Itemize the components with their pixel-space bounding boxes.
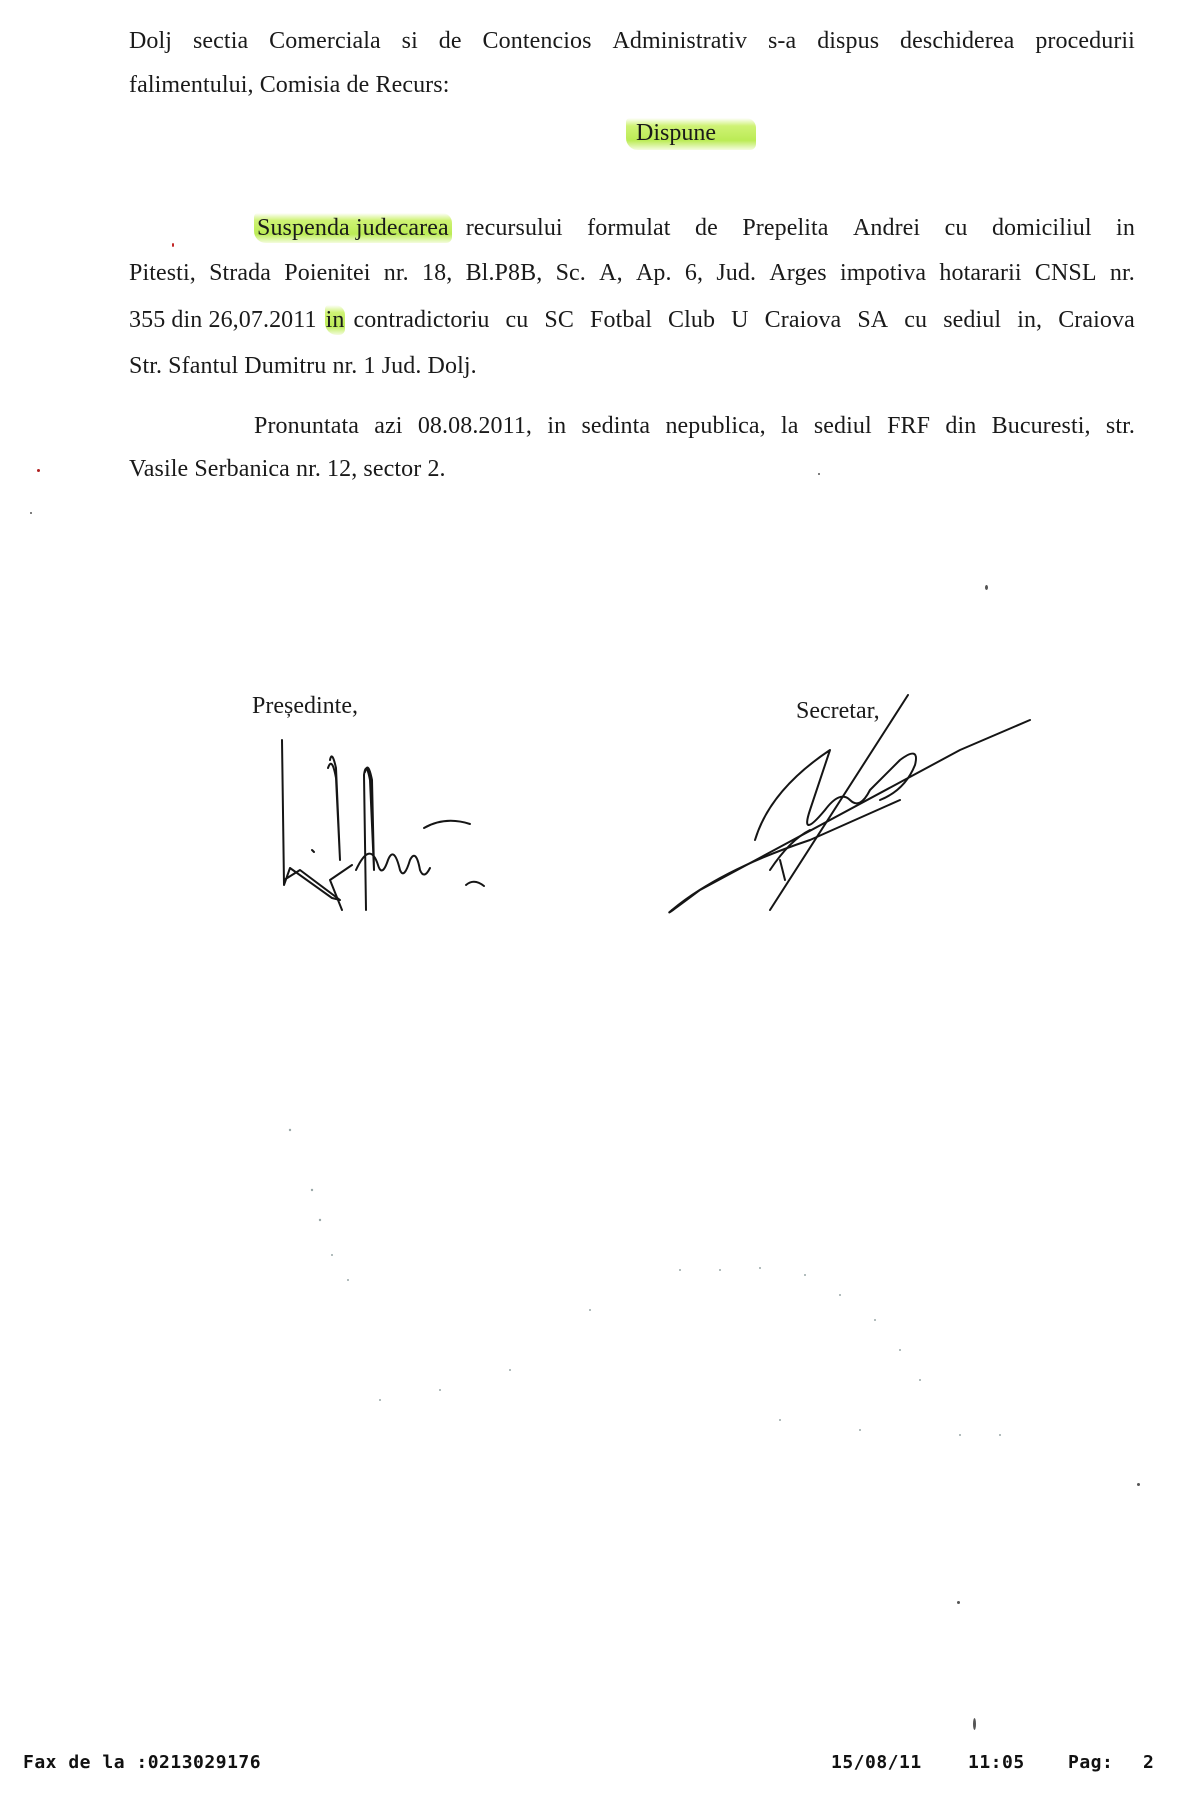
word: U	[731, 305, 748, 335]
word: 08.08.2011,	[418, 411, 532, 441]
secretary-signature-icon	[660, 690, 1040, 920]
word: impotiva	[840, 258, 926, 288]
word: deschiderea	[900, 26, 1014, 56]
word: Craiova	[765, 305, 842, 335]
highlight-suspenda: Suspenda judecarea	[254, 213, 452, 243]
scan-speck	[957, 1601, 960, 1604]
intro-line-1: DoljsectiaComercialasideContenciosAdmini…	[129, 26, 1135, 56]
word: Prepelita	[742, 213, 828, 243]
word: azi	[374, 411, 402, 441]
ruling-line-3: 355 din 26,07.2011 in contradictoriucuSC…	[129, 305, 1135, 335]
word: sediul	[943, 305, 1001, 335]
word: dispus	[817, 26, 879, 56]
word: cu	[945, 213, 968, 243]
ruling-line-4: Str. Sfantul Dumitru nr. 1 Jud. Dolj.	[129, 351, 477, 381]
word: Administrativ	[612, 26, 747, 56]
word: Bl.P8B,	[466, 258, 543, 288]
president-signature-icon	[270, 720, 540, 930]
word: cu	[506, 305, 529, 335]
ruling-line-2: Pitesti,StradaPoieniteinr.18,Bl.P8B,Sc.A…	[129, 258, 1135, 288]
word: domiciliul	[992, 213, 1092, 243]
highlight-dispune: Dispune	[626, 118, 756, 150]
word: la	[781, 411, 799, 441]
word: recursului	[466, 213, 563, 243]
word: str.	[1106, 411, 1135, 441]
word: nr.	[1110, 258, 1135, 288]
word: in	[547, 411, 566, 441]
ruling-line-1: Suspenda judecarea recursuluiformulatdeP…	[254, 213, 1135, 243]
word: cu	[904, 305, 927, 335]
pronounced-line-1: Pronuntataazi08.08.2011,insedintanepubli…	[254, 411, 1135, 441]
word: Andrei	[853, 213, 920, 243]
word: SA	[857, 305, 888, 335]
word: Club	[668, 305, 715, 335]
word: contradictoriu	[353, 305, 489, 335]
word: sectia	[193, 26, 248, 56]
intro-line-2: falimentului, Comisia de Recurs:	[129, 70, 449, 100]
word: Bucuresti,	[992, 411, 1091, 441]
section-heading-dispune: Dispune	[636, 118, 756, 148]
scan-noise-dots	[260, 1080, 1060, 1480]
word: Poienitei	[284, 258, 370, 288]
scan-speck	[818, 473, 820, 475]
pronounced-line-2: Vasile Serbanica nr. 12, sector 2.	[129, 454, 446, 484]
fax-page-label: Pag:	[1068, 1752, 1113, 1773]
word: din	[945, 411, 976, 441]
word: in,	[1017, 305, 1042, 335]
fax-sender-line: Fax de la :0213029176	[23, 1752, 261, 1773]
word: Strada	[209, 258, 271, 288]
ruling-line-1-rest: recursuluiformulatdePrepelitaAndreicudom…	[466, 213, 1135, 243]
president-label: Președinte,	[252, 691, 358, 721]
fax-page-number: 2	[1143, 1752, 1154, 1773]
word: Dolj	[129, 26, 172, 56]
word: de	[695, 213, 718, 243]
ruling-line-3-rest: contradictoriucuSCFotbalClubUCraiovaSAcu…	[353, 305, 1135, 335]
word: Jud.	[716, 258, 756, 288]
word: formulat	[587, 213, 670, 243]
highlight-in: in	[325, 305, 346, 335]
scanned-fax-page: DoljsectiaComercialasideContenciosAdmini…	[0, 0, 1200, 1815]
scan-speck	[1137, 1483, 1140, 1486]
word: si	[402, 26, 418, 56]
word: in	[1116, 213, 1135, 243]
word: 6,	[685, 258, 703, 288]
word: CNSL	[1035, 258, 1097, 288]
word: Comerciala	[269, 26, 381, 56]
word: de	[439, 26, 462, 56]
word: hotararii	[939, 258, 1021, 288]
word: Sc.	[556, 258, 586, 288]
scan-speck	[973, 1718, 976, 1730]
scan-speck	[37, 469, 40, 472]
word: A,	[599, 258, 623, 288]
word: s-a	[768, 26, 796, 56]
word: SC	[544, 305, 574, 335]
word: Arges	[769, 258, 826, 288]
word: Contencios	[483, 26, 592, 56]
word: Fotbal	[590, 305, 652, 335]
fax-time: 11:05	[968, 1752, 1025, 1773]
word: nepublica,	[665, 411, 765, 441]
word: sedinta	[581, 411, 650, 441]
word: nr.	[384, 258, 409, 288]
fax-date: 15/08/11	[831, 1752, 922, 1773]
word: Pronuntata	[254, 411, 359, 441]
word: FRF	[887, 411, 930, 441]
ruling-line-3-start: 355 din 26,07.2011	[129, 305, 317, 335]
word: sediul	[814, 411, 872, 441]
word: Ap.	[636, 258, 672, 288]
word: Pitesti,	[129, 258, 196, 288]
scan-speck	[172, 243, 174, 247]
word: procedurii	[1035, 26, 1135, 56]
word: Craiova	[1058, 305, 1135, 335]
scan-speck	[985, 585, 988, 590]
word: 18,	[422, 258, 452, 288]
scan-speck	[30, 512, 32, 514]
